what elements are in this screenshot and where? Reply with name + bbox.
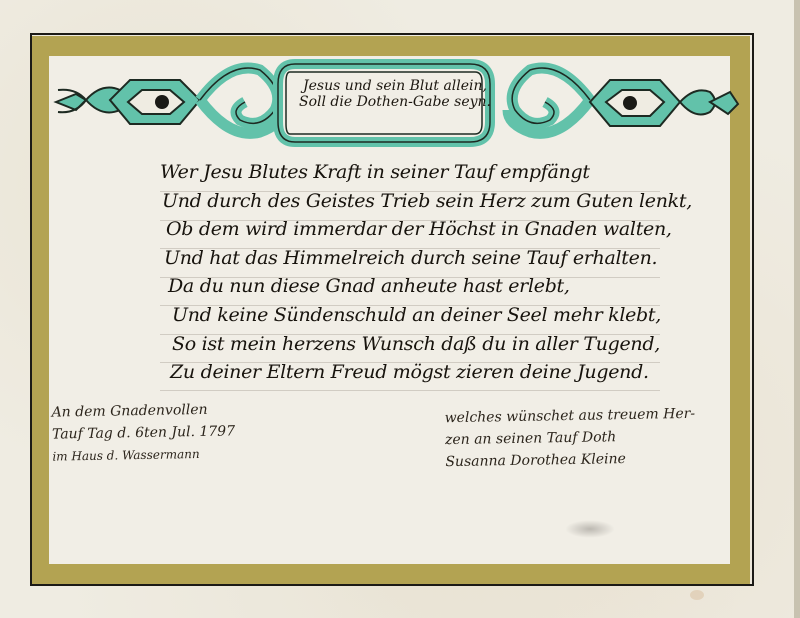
verse-line: Und keine Sündenschuld an deiner Seel me… xyxy=(160,301,680,330)
baptism-verse: Wer Jesu Blutes Kraft in seiner Tauf emp… xyxy=(160,158,680,387)
border-line-left xyxy=(30,35,32,586)
verse-line: Zu deiner Eltern Freud mögst zieren dein… xyxy=(160,358,680,387)
note-line: An dem Gnadenvollen xyxy=(51,398,234,423)
cartouche-inscription: Jesus und sein Blut allein, Soll die Dot… xyxy=(295,78,495,110)
cartouche-line: Jesus und sein Blut allein, xyxy=(295,78,495,94)
border-line-top xyxy=(30,33,754,35)
verse-line: Wer Jesu Blutes Kraft in seiner Tauf emp… xyxy=(160,158,680,187)
paper-edge xyxy=(794,0,800,618)
border-line-bottom xyxy=(30,584,754,586)
note-line: im Haus d. Wassermann xyxy=(52,442,235,467)
border-line-right xyxy=(752,33,754,586)
foxing-stain xyxy=(690,590,704,600)
note-line: Tauf Tag d. 6ten Jul. 1797 xyxy=(52,420,235,445)
verse-line: Und durch des Geistes Trieb sein Herz zu… xyxy=(160,187,680,216)
baptism-date-note: An dem Gnadenvollen Tauf Tag d. 6ten Jul… xyxy=(51,398,235,467)
note-line: Susanna Dorothea Kleine xyxy=(445,447,696,473)
verse-line: Und hat das Himmelreich durch seine Tauf… xyxy=(160,244,680,273)
ink-smudge xyxy=(565,520,615,538)
godparent-signature-note: welches wünschet aus treuem Her- zen an … xyxy=(444,403,696,473)
cartouche-line: Soll die Dothen-Gabe seyn. xyxy=(295,94,495,110)
ruled-line xyxy=(160,390,660,391)
note-line: welches wünschet aus treuem Her- xyxy=(444,403,695,429)
verse-line: So ist mein herzens Wunsch daß du in all… xyxy=(160,330,680,359)
verse-line: Ob dem wird immerdar der Höchst in Gnade… xyxy=(160,215,680,244)
verse-line: Da du nun diese Gnad anheute hast erlebt… xyxy=(160,272,680,301)
